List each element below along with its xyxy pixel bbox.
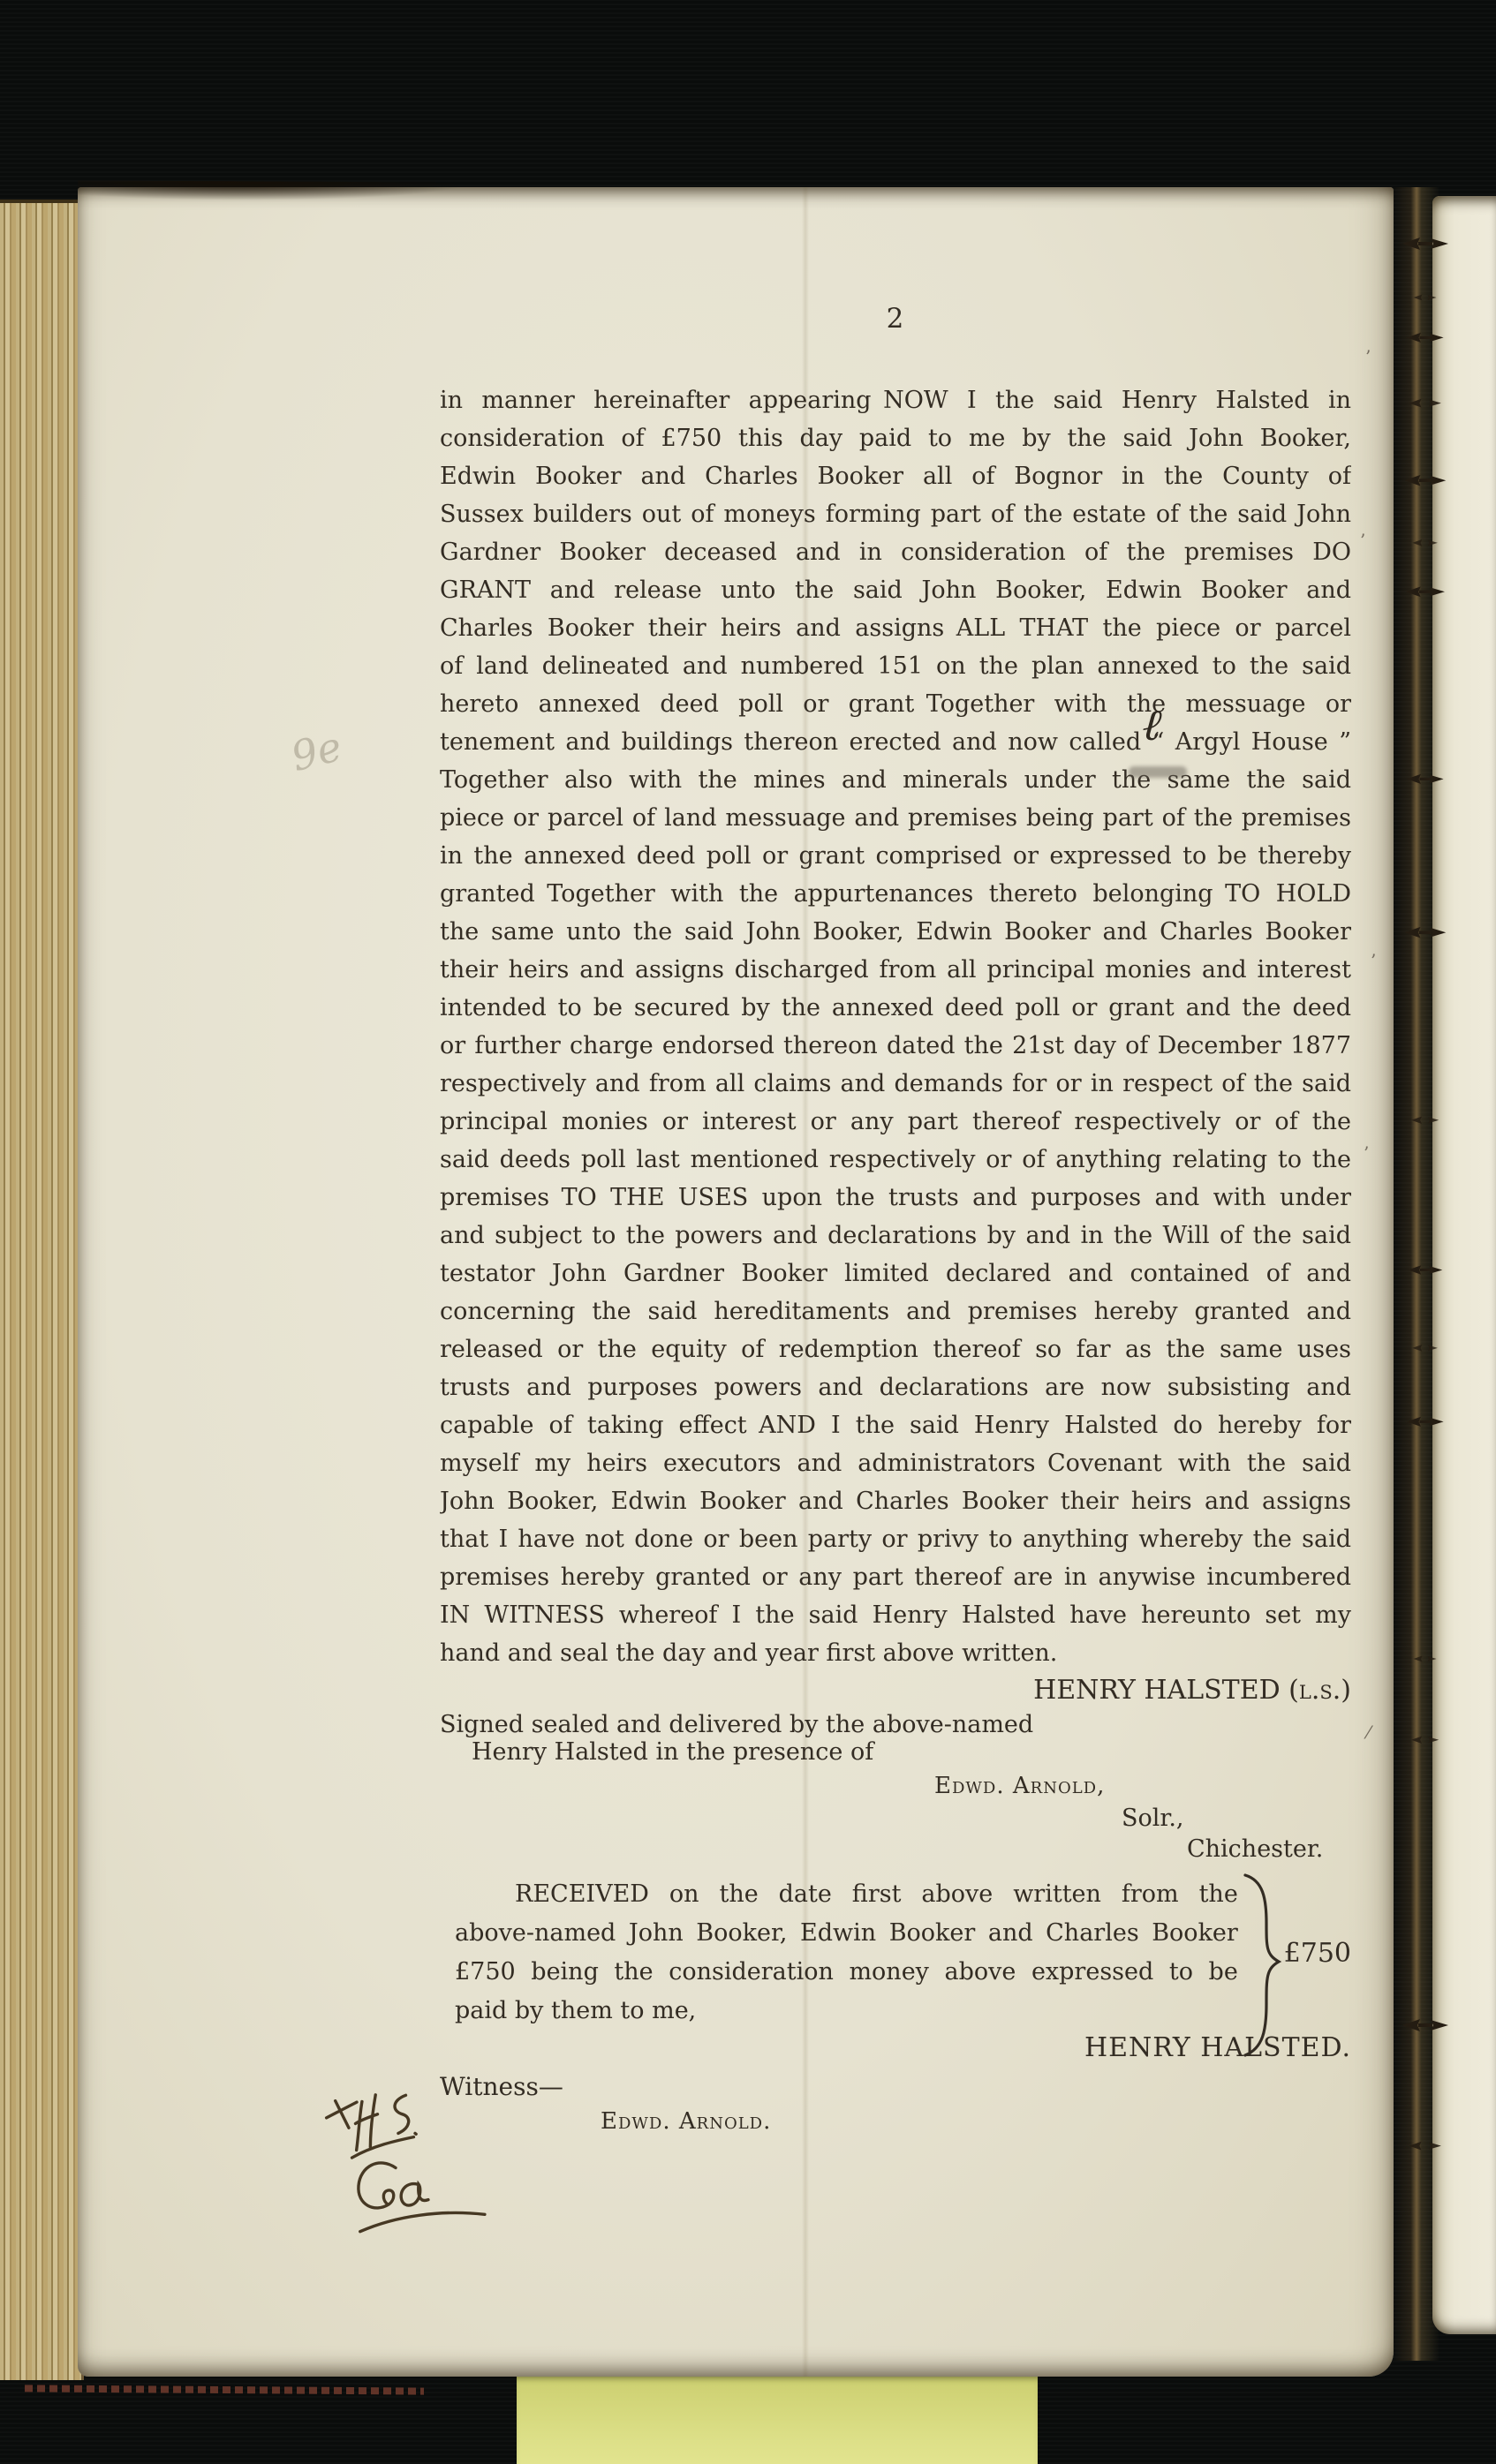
page-stack-edge [0,200,84,2380]
deed-body-text: in manner hereinafter appearing NOW I th… [440,381,1351,1672]
body-line: of land delineated and numbered 151 on t… [440,647,1351,685]
signature-henry-halsted-seal: HENRY HALSTED (l.s.) [440,1675,1351,1706]
ink-speck: ’ [1371,950,1376,971]
body-line: that I have not done or been party or pr… [440,1520,1351,1558]
body-line: myself my heirs executors and administra… [440,1444,1351,1482]
stitch-icon [1397,235,1452,256]
ink-speck: ’ [1365,346,1371,367]
body-line: hand and seal the day and year first abo… [440,1634,1351,1672]
body-line: Gardner Booker deceased and in considera… [440,533,1351,571]
ink-speck: ’ [1364,1142,1369,1164]
stitch-icon [1402,772,1447,788]
stitch-icon [1404,1263,1446,1279]
body-line: or further charge endorsed thereon dated… [440,1027,1351,1065]
stitch-icon [1402,1414,1447,1431]
witness-title: Solr., [440,1805,1351,1832]
receipt-line: above-named John Booker, Edwin Booker an… [455,1914,1238,1953]
stitch-icon [1402,584,1448,602]
stitch-icon [1400,924,1449,944]
stitch-icon [1405,2140,1443,2155]
attestation-line: Henry Halsted in the presence of [440,1738,1351,1766]
body-line: released or the equity of redemption the… [440,1330,1351,1368]
book-photo: ’ ’ ’ ’ ⁄ 2 in manner hereinafter appear… [0,0,1496,2464]
receipt-signature: HENRY HALSTED. [440,2032,1351,2063]
attestation-line: Signed sealed and delivered by the above… [440,1711,1351,1738]
brace-icon [1238,1875,1281,2031]
body-line: consideration of £750 this day paid to m… [440,419,1351,457]
handwritten-initials-ga [340,2146,504,2255]
printed-text-column: 2 in manner hereinafter appearing NOW I … [440,303,1351,2135]
ink-speck: ⁄ [1367,1722,1370,1743]
stitch-icon [1408,1115,1440,1127]
stitch-icon [1405,397,1443,412]
body-line: Charles Booker their heirs and assigns A… [440,609,1351,647]
stitch-icon [1408,1735,1440,1747]
body-line: hereto annexed deed poll or grant Togeth… [440,685,1351,723]
receipt-witness-signature: Edwd. Arnold. [440,2108,1351,2135]
receipt-amount: £750 [1281,1938,1351,1969]
body-line: piece or parcel of land messuage and pre… [440,799,1351,837]
receipt-line: paid by them to me, [455,1992,1238,2031]
stitch-icon [1409,1343,1439,1354]
body-line: Edwin Booker and Charles Booker all of B… [440,457,1351,495]
sticky-note [517,2377,1038,2464]
body-line: in the annexed deed poll or grant compri… [440,837,1351,875]
body-line: premises TO THE USES upon the trusts and… [440,1179,1351,1217]
body-line: concerning the said hereditaments and pr… [440,1292,1351,1330]
body-line: intended to be secured by the annexed de… [440,989,1351,1027]
body-line: GRANT and release unto the said John Boo… [440,571,1351,609]
body-line: capable of taking effect AND I the said … [440,1406,1351,1444]
body-line: Together also with the mines and mineral… [440,761,1351,799]
body-line: in manner hereinafter appearing NOW I th… [440,381,1351,419]
cover-stitching [25,2385,424,2394]
page-number: 2 [440,303,1351,335]
body-line: the same unto the said John Booker, Edwi… [440,913,1351,951]
body-line: and subject to the powers and declaratio… [440,1217,1351,1255]
stitch-icon [1411,293,1439,304]
stitch-icon [1411,1654,1439,1665]
body-line: their heirs and assigns discharged from … [440,951,1351,989]
witness-label: Witness— [440,2072,1351,2101]
body-line: tenement and buildings thereon erected a… [440,723,1351,761]
body-line: granted Together with the appurtenances … [440,875,1351,913]
body-line: John Booker, Edwin Booker and Charles Bo… [440,1482,1351,1520]
erasure-smudge [1129,766,1187,778]
witness-name: Edwd. Arnold, [440,1773,1351,1799]
ink-speck: ’ [1360,530,1365,551]
body-line: testator John Gardner Booker limited dec… [440,1255,1351,1292]
receipt-text: RECEIVED on the date first above written… [455,1875,1238,2031]
body-line: said deeds poll last mentioned respectiv… [440,1141,1351,1179]
stitch-icon [1402,330,1447,347]
stitch-icon [1409,538,1439,549]
witness-city: Chichester. [440,1835,1351,1863]
body-line: premises hereby granted or any part ther… [440,1558,1351,1596]
stitch-icon [1397,2016,1452,2038]
body-line: IN WITNESS whereof I the said Henry Hals… [440,1596,1351,1634]
body-line: principal monies or interest or any part… [440,1103,1351,1141]
body-line: respectively and from all claims and dem… [440,1065,1351,1103]
body-line: Sussex builders out of moneys forming pa… [440,495,1351,533]
receipt-line: £750 being the consideration money above… [455,1953,1238,1992]
receipt-clause: RECEIVED on the date first above written… [455,1875,1351,2031]
stitch-icon [1400,472,1449,492]
page-top-burn-mark [78,180,625,209]
receipt-line: RECEIVED on the date first above written… [455,1875,1238,1914]
body-line: trusts and purposes powers and declarati… [440,1368,1351,1406]
